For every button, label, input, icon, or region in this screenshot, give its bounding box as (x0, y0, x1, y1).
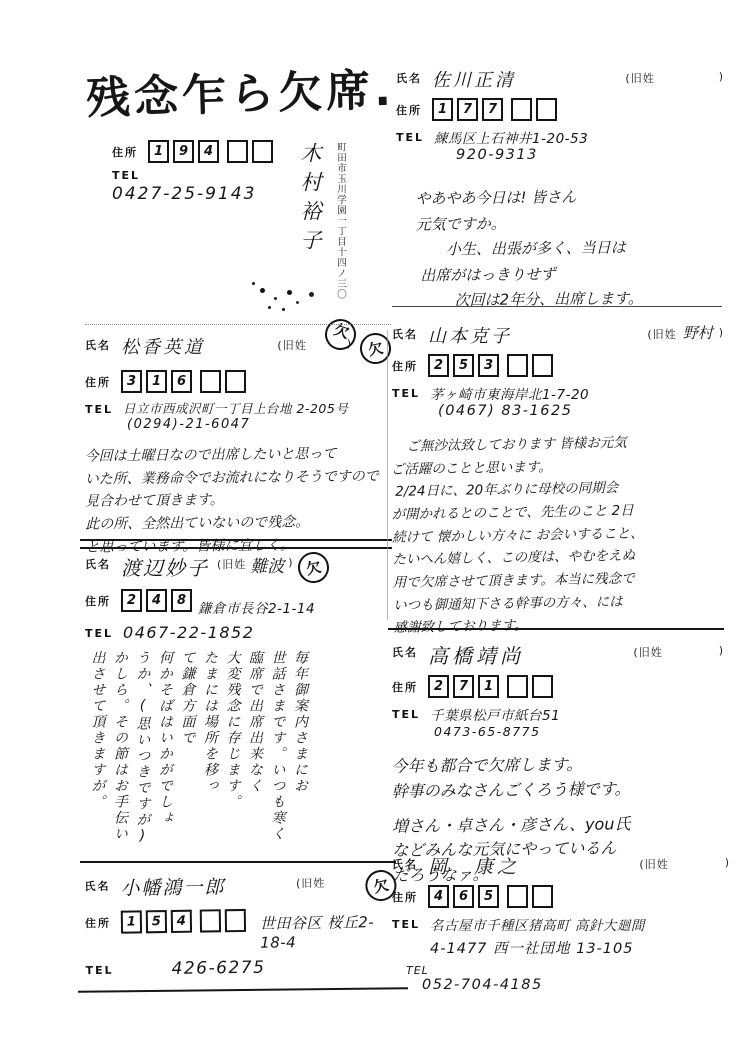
scan-divider-left-lower (80, 861, 396, 863)
tel-value: (0467) 83-1625 (438, 403, 589, 419)
postal-boxes: 3 1 6 (121, 370, 250, 393)
tel-value: 426-6275 (171, 958, 265, 979)
message-column: 何かそばはいかがでしょ (155, 650, 175, 890)
address-row: 住所 1 9 4 (112, 140, 277, 163)
tel-label-handwritten: TEL (406, 964, 730, 977)
address-label: 住所 (392, 679, 418, 695)
name-label: 氏名 (84, 878, 110, 894)
scan-divider-right-top (392, 306, 722, 307)
message-line: 幹事のみなさんごくろう様です。 (392, 776, 724, 804)
tel-label: TEL (85, 627, 113, 640)
address-value-line2: 4-1477 西一社団地 13-105 (430, 937, 645, 958)
address-value-line1: 名古屋市千種区猪高町 高針大廻間 (430, 914, 645, 934)
scan-divider-right-mid (388, 628, 724, 630)
postal-digit-empty (507, 885, 528, 908)
postal-digit: 8 (171, 589, 192, 612)
name-row: 氏名 小幡鴻一郎 (旧姓 欠 (84, 870, 396, 905)
message-line: やあやあ今日は! 皆さん (415, 183, 723, 212)
tel-value: 920-9313 (456, 147, 588, 163)
maiden-open: (旧姓 (296, 875, 326, 891)
maiden-open: (旧姓 (633, 644, 662, 660)
message-line: 元気ですか。 (416, 209, 724, 238)
address-row: 住所 1 5 4 世田谷区 桜丘2-18-4 (85, 907, 398, 954)
postal-digit-empty (507, 675, 528, 698)
card-sagawa: 氏名 佐川正清 (旧姓 ) 住所 1 7 7 TEL 練馬区上石神井1-20-5… (396, 66, 724, 313)
maiden-close: ) (288, 556, 293, 569)
postal-digit-empty (532, 885, 553, 908)
message-column: うか、(思いつきですが) (133, 650, 153, 890)
tel-row: TEL 練馬区上石神井1-20-53 920-9313 (396, 127, 724, 163)
message-line: 今年も都合で欠席します。 (391, 751, 723, 779)
address-value: 千葉県松戸市紙台51 (430, 704, 560, 724)
address-label: 住所 (85, 915, 111, 931)
postal-digit-empty (227, 140, 248, 163)
postal-digit: 1 (148, 140, 169, 163)
name-row: 氏名 佐川正清 (旧姓 ) (396, 66, 724, 92)
name-value: 岡 康之 (428, 852, 520, 879)
postal-digit: 1 (121, 910, 142, 933)
address-label: 住所 (392, 889, 418, 905)
tel-value: 0467-22-1852 (123, 623, 254, 642)
maiden-close: ) (719, 70, 724, 83)
postal-digit: 5 (453, 354, 474, 377)
maiden-close: ) (725, 856, 730, 869)
name-label: 氏名 (392, 326, 418, 342)
postal-digit: 6 (171, 370, 192, 393)
postal-digit-empty (225, 909, 246, 932)
message-column: て鎌倉方面で (178, 650, 198, 890)
maiden-open: (旧姓 (277, 337, 306, 353)
address-tel-column: 名古屋市千種区猪高町 高針大廻間 4-1477 西一社団地 13-105 (430, 914, 645, 958)
message-column: 毎年御案内さまにお (290, 650, 310, 890)
tel-row: TEL 日立市西成沢町一丁目上台地 2-205号 (0294)-21-6047 (85, 399, 391, 432)
address-label: 住所 (392, 358, 418, 374)
message-line: 此の所、全然出ていないので残念。 (85, 510, 391, 536)
scan-vertical-edge (387, 330, 388, 620)
name-value: 佐川正清 (432, 66, 516, 92)
postal-digit: 4 (146, 589, 167, 612)
tel-value: (0294)-21-6047 (127, 417, 348, 432)
tel-value: 0427-25-9143 (112, 184, 277, 204)
postal-digit: 7 (482, 98, 503, 121)
handwritten-vertical-message: 毎年御案内さまにお 世話さまです。いつも寒く 臨席で出席出来なく 大変残念に存じ… (85, 650, 313, 890)
tel-label: TEL (396, 131, 424, 144)
postal-digit: 1 (478, 675, 499, 698)
name-value: 渡辺妙子 (121, 552, 209, 581)
maiden-open: (旧姓 (647, 326, 676, 342)
maiden-name-value: 野村 (683, 322, 713, 343)
postal-digit: 2 (428, 675, 449, 698)
postal-digit-empty (507, 354, 528, 377)
address-tel-column: 茅ヶ崎市東海岸北1-7-20 (0467) 83-1625 (430, 383, 589, 419)
scan-divider-left-bottom (78, 987, 408, 992)
handwritten-message: ご無沙汰致しております 皆様お元気 ご活躍のことと思います。 2/24日に、20… (390, 430, 726, 640)
address-label: 住所 (85, 593, 111, 609)
name-label: 氏名 (392, 644, 418, 660)
tel-label: TEL (85, 964, 113, 977)
card-oka: 氏名 岡 康之 (旧姓 ) 住所 4 6 5 TEL 名古屋市千種区猪高町 高針… (392, 852, 730, 993)
message-column: たまには場所を移っ (200, 650, 220, 890)
name-row: 氏名 岡 康之 (旧姓 ) (392, 852, 730, 879)
postal-digit-empty (532, 675, 553, 698)
postal-digit: 7 (453, 675, 474, 698)
postal-digit: 4 (171, 910, 192, 933)
absent-mark-icon: 欠 (295, 549, 332, 586)
postal-digit: 3 (478, 354, 499, 377)
tel-label: TEL (85, 403, 113, 416)
postal-digit: 2 (428, 354, 449, 377)
postal-digit: 2 (121, 589, 142, 612)
card-watanabe: 氏名 渡辺妙子 (旧姓 難波 ) 欠 住所 2 4 8 鎌倉市長谷2-1-14 … (85, 552, 387, 890)
name-row: 氏名 渡辺妙子 (旧姓 難波 ) 欠 (85, 552, 387, 583)
postal-boxes: 2 4 8 (121, 589, 196, 612)
message-line: 感謝致しております。 (393, 611, 725, 639)
tel-label: TEL (112, 169, 277, 182)
message-line: 出席がはっきりせず (420, 260, 724, 289)
postal-digit: 5 (478, 885, 499, 908)
maiden-close: ) (719, 644, 724, 657)
tel-label: TEL (392, 918, 420, 931)
postal-digit: 4 (428, 885, 449, 908)
handwritten-message: やあやあ今日は! 皆さん 元気ですか。 小生、出張が多く、当日は 出席がはっきり… (415, 183, 724, 314)
vertical-address: 町田市玉川学園一丁目十四ノ三〇 (335, 142, 346, 300)
postal-digit: 3 (121, 370, 142, 393)
maiden-open: (旧姓 (639, 856, 668, 872)
name-value: 高橋靖尚 (428, 640, 524, 669)
scan-divider-left-mid (80, 539, 392, 549)
message-line: 次回は2年分、出席します。 (454, 285, 724, 313)
name-label: 氏名 (85, 556, 111, 572)
name-value: 松香英道 (121, 333, 205, 359)
address-label: 住所 (85, 374, 111, 390)
name-row: 氏名 高橋靖尚 (旧姓 ) (392, 640, 724, 669)
name-row: 氏名 山本克子 (旧姓 野村 ) (392, 322, 724, 348)
name-row: 氏名 松香英道 (旧姓 ) 欠 (85, 333, 391, 364)
postal-digit-empty (511, 98, 532, 121)
tel-row: TEL 名古屋市千種区猪高町 高針大廻間 4-1477 西一社団地 13-105 (392, 914, 730, 958)
brush-heading-absent: 残念乍ら欠席. (85, 54, 395, 127)
message-line: 今回は土曜日なので出席したいと思って (84, 442, 390, 468)
tel-label: TEL (392, 708, 420, 721)
tel-row: TEL 千葉県松戸市紙台51 0473-65-8775 (392, 704, 724, 739)
maiden-open: (旧姓 (217, 556, 246, 572)
maiden-name-value: 難波 (250, 552, 284, 577)
postal-digit: 4 (198, 140, 219, 163)
tel-label: TEL (392, 387, 420, 400)
tel-row: TEL 0427-25-9143 (112, 169, 277, 204)
address-row: 住所 2 7 1 (392, 675, 724, 698)
address-tel-column: 千葉県松戸市紙台51 0473-65-8775 (430, 704, 560, 739)
address-value: 茅ヶ崎市東海岸北1-7-20 (430, 383, 589, 403)
vertical-name: 木村裕子 (298, 142, 322, 258)
scanned-page: { "page": { "heading": "残念乍ら欠席." }, "lab… (0, 0, 740, 1052)
address-value: 世田谷区 桜丘2-18-4 (260, 911, 398, 952)
name-value: 山本克子 (428, 322, 512, 348)
card-yamamoto: 氏名 山本克子 (旧姓 野村 ) 住所 2 5 3 TEL 茅ヶ崎市東海岸北1-… (392, 322, 724, 637)
message-column: 臨席で出席出来なく (245, 650, 265, 890)
maiden-close: ) (347, 337, 352, 350)
message-column: 出させて頂きますが。 (88, 650, 108, 890)
postal-digit-empty (536, 98, 557, 121)
postal-digit: 9 (173, 140, 194, 163)
postal-digit-empty (200, 909, 221, 932)
name-label: 氏名 (396, 70, 422, 86)
postal-boxes: 2 7 1 (428, 675, 557, 698)
tel-row: TEL 茅ヶ崎市東海岸北1-7-20 (0467) 83-1625 (392, 383, 724, 419)
postal-boxes: 1 5 4 (121, 909, 250, 934)
card-matsuka: 氏名 松香英道 (旧姓 ) 欠 住所 3 1 6 TEL 日立市西成沢町一丁目上… (85, 324, 391, 557)
message-line: 増さん・卓さん・彦さん、you氏 (392, 811, 724, 839)
address-row: 住所 1 7 7 (396, 98, 724, 121)
scan-speckles (252, 282, 255, 285)
address-label: 住所 (112, 144, 138, 160)
maiden-open: (旧姓 (625, 70, 654, 86)
address-value: 鎌倉市長谷2-1-14 (198, 597, 315, 617)
message-column: 大変残念に存じます。 (223, 650, 243, 890)
tel-row: TEL 0467-22-1852 (85, 623, 387, 642)
message-column: 世話さまです。いつも寒く (268, 650, 288, 890)
postal-digit: 6 (453, 885, 474, 908)
card-takahashi: 氏名 高橋靖尚 (旧姓 ) 住所 2 7 1 TEL 千葉県松戸市紙台51 04… (392, 640, 724, 887)
postal-boxes: 1 9 4 (148, 140, 277, 163)
card-kimura-fields: 住所 1 9 4 TEL 0427-25-9143 (112, 140, 277, 204)
postal-boxes: 1 7 7 (432, 98, 561, 121)
postal-digit-empty (200, 370, 221, 393)
postal-digit: 1 (146, 370, 167, 393)
address-value: 練馬区上石神井1-20-53 (434, 127, 588, 147)
address-tel-column: 日立市西成沢町一丁目上台地 2-205号 (0294)-21-6047 (123, 399, 348, 432)
postal-digit-empty (252, 140, 273, 163)
tel-value: 0473-65-8775 (434, 724, 560, 739)
card-obata: 氏名 小幡鴻一郎 (旧姓 欠 住所 1 5 4 世田谷区 桜丘2-18-4 TE… (84, 870, 398, 986)
maiden-close: ) (719, 326, 724, 339)
name-label: 氏名 (392, 856, 418, 872)
address-tel-column: 練馬区上石神井1-20-53 920-9313 (434, 127, 588, 163)
postal-digit: 1 (432, 98, 453, 121)
postal-boxes: 2 5 3 (428, 354, 557, 377)
message-column: かしら。その節はお手伝い (110, 650, 130, 890)
message-line: 見合わせて頂きます。 (85, 488, 391, 514)
address-row: 住所 3 1 6 (85, 370, 391, 393)
message-line: 小生、出張が多く、当日は (446, 234, 724, 262)
tel-row-handwritten: TEL 052-704-4185 (392, 964, 730, 993)
absent-mark-icon: 欠 (357, 330, 394, 367)
postal-digit-empty (532, 354, 553, 377)
message-line: いた所、業務命令でお流れになりそうですので (85, 465, 391, 491)
name-label: 氏名 (85, 337, 111, 353)
postal-digit: 7 (457, 98, 478, 121)
address-row: 住所 2 5 3 (392, 354, 724, 377)
address-label: 住所 (396, 102, 422, 118)
tel-row: TEL 426-6275 (85, 956, 397, 980)
address-row: 住所 4 6 5 (392, 885, 730, 908)
name-value: 小幡鴻一郎 (120, 872, 225, 900)
postal-digit-empty (225, 370, 246, 393)
address-row: 住所 2 4 8 鎌倉市長谷2-1-14 (85, 589, 387, 617)
postal-boxes: 4 6 5 (428, 885, 557, 908)
postal-digit: 5 (146, 910, 167, 933)
address-value: 日立市西成沢町一丁目上台地 2-205号 (123, 399, 348, 417)
tel-value: 052-704-4185 (422, 977, 730, 993)
